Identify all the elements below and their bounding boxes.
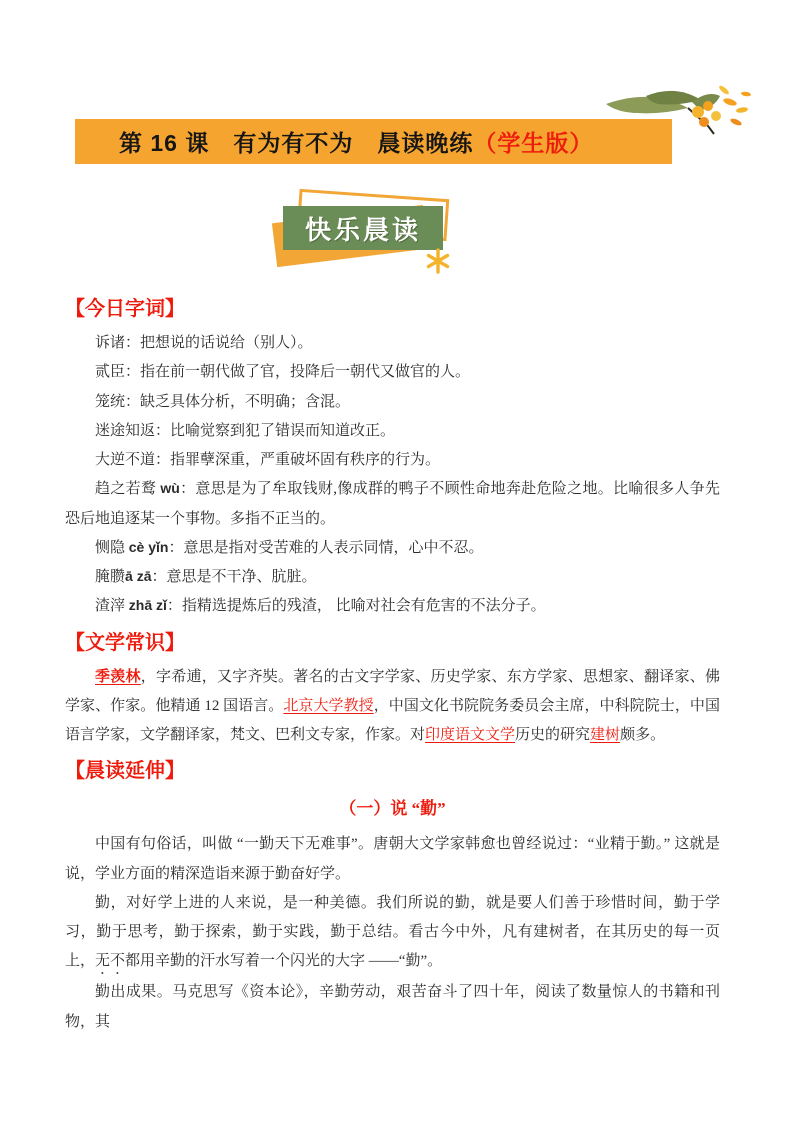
text-segment: 印度语文文学 (425, 727, 515, 743)
vocab-mituzhifan: 迷途知返：比喻觉察到犯了错误而知道改正。 (65, 417, 720, 446)
text-segment: 都用辛勤的汗水写着一个闪光的大字 ——“勤”。 (125, 953, 442, 969)
vocab-erchen: 贰臣：指在前一朝代做了官，投降后一朝代又做官的人。 (65, 358, 720, 387)
para-qin-3: 勤出成果。马克思写《资本论》，辛勤劳动，艰苦奋斗了四十年，阅读了数量惊人的书籍和… (65, 978, 720, 1037)
heading-reading-extension: 【晨读延伸】 (65, 757, 720, 785)
badge-label: 快乐晨读 (283, 206, 443, 250)
text-segment: 历史的研究 (515, 727, 590, 743)
text-segment: 颇多。 (620, 727, 665, 743)
text-segment: ā zā (125, 568, 151, 584)
worksheet-page: 第 16 课 有为有不为 晨读晚练 （学生版） 快乐晨读 (0, 0, 793, 1122)
document-body: 【今日字词】诉诸：把想说的话说给（别人）。贰臣：指在前一朝代做了官，投降后一朝代… (65, 288, 720, 1037)
text-segment: 勤出成果。马克思写《资本论》，辛勤劳动，艰苦奋斗了四十年，阅读了数量惊人的书籍和… (65, 984, 720, 1029)
text-segment: 北京大学教授 (283, 698, 373, 714)
lesson-title-banner: 第 16 课 有为有不为 晨读晚练 （学生版） (75, 119, 672, 164)
edition-label: （学生版） (473, 125, 593, 158)
text-segment: 笼统：缺乏具体分析，不明确；含混。 (95, 394, 350, 410)
text-segment: wù (160, 480, 179, 496)
text-segment: 渣滓 (95, 598, 129, 614)
vocab-longtong: 笼统：缺乏具体分析，不明确；含混。 (65, 388, 720, 417)
text-segment: ：意思是不干净、肮脏。 (151, 569, 316, 585)
text-segment: ：指精选提炼后的残渣， 比喻对社会有危害的不法分子。 (167, 598, 546, 614)
heading-literary-knowledge: 【文学常识】 (65, 629, 720, 657)
text-segment: 建树 (590, 727, 620, 743)
sparkle-icon (425, 248, 451, 274)
subtitle-shuo-qin: （一）说 “勤” (65, 795, 720, 822)
vocab-quzhiruowu: 趋之若鹜 wù：意思是为了牟取钱财,像成群的鸭子不顾性命地奔赴危险之地。比喻很多… (65, 475, 720, 534)
vocab-zhazi: 渣滓 zhā zǐ：指精选提炼后的残渣， 比喻对社会有危害的不法分子。 (65, 592, 720, 621)
text-segment: 季羡林 (95, 669, 141, 685)
text-segment: cè yǐn (129, 539, 169, 555)
vocab-anza: 腌臜ā zā：意思是不干净、肮脏。 (65, 563, 720, 592)
vocab-ceyin: 恻隐 cè yǐn：意思是指对受苦难的人表示同情，心中不忍。 (65, 534, 720, 563)
text-segment: 恻隐 (95, 540, 129, 556)
lesson-title: 第 16 课 有为有不为 晨读晚练 (119, 125, 473, 158)
para-jixianlin-bio: 季羡林，字希逋，又字齐奘。著名的古文字学家、历史学家、东方学家、思想家、翻译家、… (65, 663, 720, 751)
text-segment: 无不 (95, 953, 125, 969)
text-segment: 腌臜 (95, 569, 125, 585)
text-segment: 大逆不道：指罪孽深重，严重破坏固有秩序的行为。 (95, 452, 440, 468)
text-segment: ：意思是指对受苦难的人表示同情，心中不忍。 (168, 540, 483, 556)
para-qin-1: 中国有句俗话，叫做 “一勤天下无难事”。唐朝大文学家韩愈也曾经说过：“业精于勤。… (65, 830, 720, 889)
para-qin-2: 勤，对好学上进的人来说，是一种美德。我们所说的勤，就是要人们善于珍惜时间，勤于学… (65, 889, 720, 979)
text-segment: 贰臣：指在前一朝代做了官，投降后一朝代又做官的人。 (95, 364, 470, 380)
text-segment: 趋之若鹜 (95, 481, 160, 497)
heading-today-words: 【今日字词】 (65, 295, 720, 323)
morning-reading-badge: 快乐晨读 (268, 192, 468, 287)
vocab-suzhu: 诉诸：把想说的话说给（别人）。 (65, 329, 720, 358)
vocab-danibudao: 大逆不道：指罪孽深重，严重破坏固有秩序的行为。 (65, 446, 720, 475)
text-segment: 迷途知返：比喻觉察到犯了错误而知道改正。 (95, 423, 395, 439)
flower-sprig-icon (596, 82, 754, 156)
text-segment: 诉诸：把想说的话说给（别人）。 (95, 335, 313, 351)
text-segment: zhā zǐ (129, 597, 167, 613)
text-segment: 中国有句俗话，叫做 “一勤天下无难事”。唐朝大文学家韩愈也曾经说过：“业精于勤。… (65, 836, 720, 881)
